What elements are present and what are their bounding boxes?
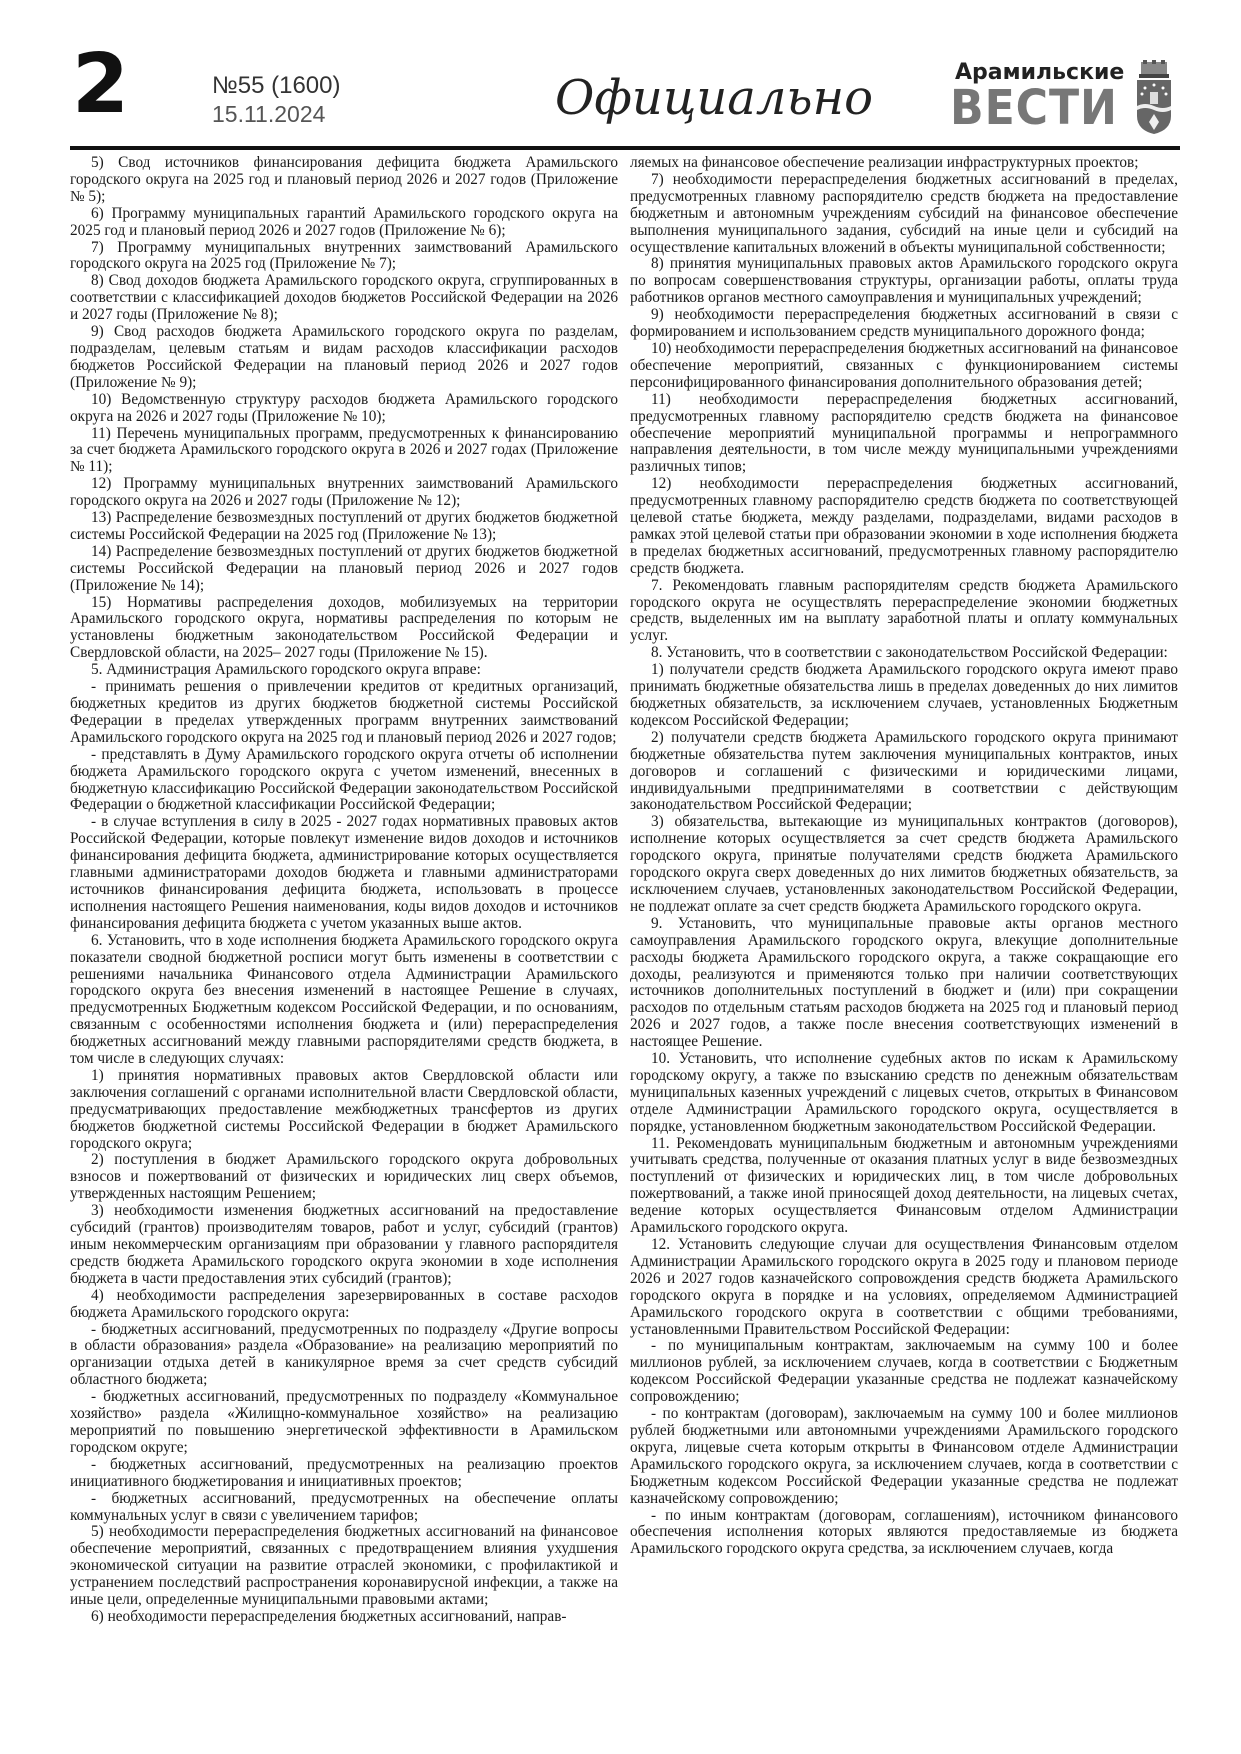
section-title: Официально (555, 68, 873, 128)
paragraph: 11) необходимости перераспределения бюдж… (630, 392, 1178, 477)
brand-name-main: ВЕСТИ (950, 82, 1118, 134)
paragraph: - по иным контрактам (договорам, соглаше… (630, 1508, 1178, 1559)
paragraph: 15) Нормативы распределения доходов, моб… (70, 595, 618, 663)
issue-number: №55 (1600) (212, 72, 340, 100)
article-column-left: 5) Свод источников финансирования дефици… (70, 155, 618, 1626)
paragraph: 8) Свод доходов бюджета Арамильского гор… (70, 273, 618, 324)
paragraph: 7) необходимости перераспределения бюдже… (630, 172, 1178, 257)
paragraph: 2) получатели средств бюджета Арамильско… (630, 730, 1178, 815)
paragraph: - по муниципальным контрактам, заключаем… (630, 1338, 1178, 1406)
paragraph: - по контрактам (договорам), заключаемым… (630, 1406, 1178, 1507)
paragraph: 12. Установить следующие случаи для осущ… (630, 1237, 1178, 1338)
paragraph: 2) поступления в бюджет Арамильского гор… (70, 1152, 618, 1203)
paragraph: 11. Рекомендовать муниципальным бюджетны… (630, 1136, 1178, 1237)
paragraph: 10) необходимости перераспределения бюдж… (630, 341, 1178, 392)
paragraph: 7) Программу муниципальных внутренних за… (70, 240, 618, 274)
paragraph: 6. Установить, что в ходе исполнения бюд… (70, 933, 618, 1068)
paragraph: - бюджетных ассигнований, предусмотренны… (70, 1457, 618, 1491)
paragraph: - бюджетных ассигнований, предусмотренны… (70, 1389, 618, 1457)
paragraph: 3) необходимости изменения бюджетных асс… (70, 1203, 618, 1288)
paragraph: 8) принятия муниципальных правовых актов… (630, 256, 1178, 307)
paragraph: 1) получатели средств бюджета Арамильско… (630, 662, 1178, 730)
paragraph: 13) Распределение безвозмездных поступле… (70, 510, 618, 544)
paragraph: 7. Рекомендовать главным распорядителям … (630, 578, 1178, 646)
issue-date: 15.11.2024 (212, 100, 325, 128)
paragraph: 9) необходимости перераспределения бюдже… (630, 307, 1178, 341)
paragraph: 5. Администрация Арамильского городского… (70, 662, 618, 679)
article-column-right: ляемых на финансовое обеспечение реализа… (630, 155, 1178, 1558)
paragraph: 10) Ведомственную структуру расходов бюд… (70, 392, 618, 426)
paragraph: - бюджетных ассигнований, предусмотренны… (70, 1322, 618, 1390)
paragraph: 4) необходимости распределения зарезерви… (70, 1288, 618, 1322)
paragraph: 10. Установить, что исполнение судебных … (630, 1051, 1178, 1136)
paragraph: - принимать решения о привлечении кредит… (70, 679, 618, 747)
page-number: 2 (72, 40, 127, 130)
paragraph: 12) Программу муниципальных внутренних з… (70, 476, 618, 510)
paragraph: 8. Установить, что в соответствии с зако… (630, 645, 1178, 662)
paragraph: 14) Распределение безвозмездных поступле… (70, 544, 618, 595)
paragraph: 3) обязательства, вытекающие из муниципа… (630, 814, 1178, 915)
paragraph: 11) Перечень муниципальных программ, пре… (70, 426, 618, 477)
paragraph: 9. Установить, что муниципальные правовы… (630, 916, 1178, 1051)
paragraph: - бюджетных ассигнований, предусмотренны… (70, 1491, 618, 1525)
paragraph: 6) Программу муниципальных гарантий Арам… (70, 206, 618, 240)
paragraph: 5) Свод источников финансирования дефици… (70, 155, 618, 206)
paragraph: 1) принятия нормативных правовых актов С… (70, 1068, 618, 1153)
paragraph: - представлять в Думу Арамильского город… (70, 747, 618, 815)
paragraph: 9) Свод расходов бюджета Арамильского го… (70, 324, 618, 392)
paragraph: - в случае вступления в силу в 2025 - 20… (70, 814, 618, 932)
paragraph: 12) необходимости перераспределения бюдж… (630, 476, 1178, 577)
paragraph: 6) необходимости перераспределения бюдже… (70, 1609, 618, 1626)
header-divider (70, 146, 1180, 150)
paragraph-continuation: ляемых на финансовое обеспечение реализа… (630, 155, 1178, 172)
city-coat-of-arms-icon (1135, 60, 1173, 134)
paragraph: 5) необходимости перераспределения бюдже… (70, 1524, 618, 1609)
page-header: 2 №55 (1600) 15.11.2024 Официально Арами… (0, 0, 1241, 150)
